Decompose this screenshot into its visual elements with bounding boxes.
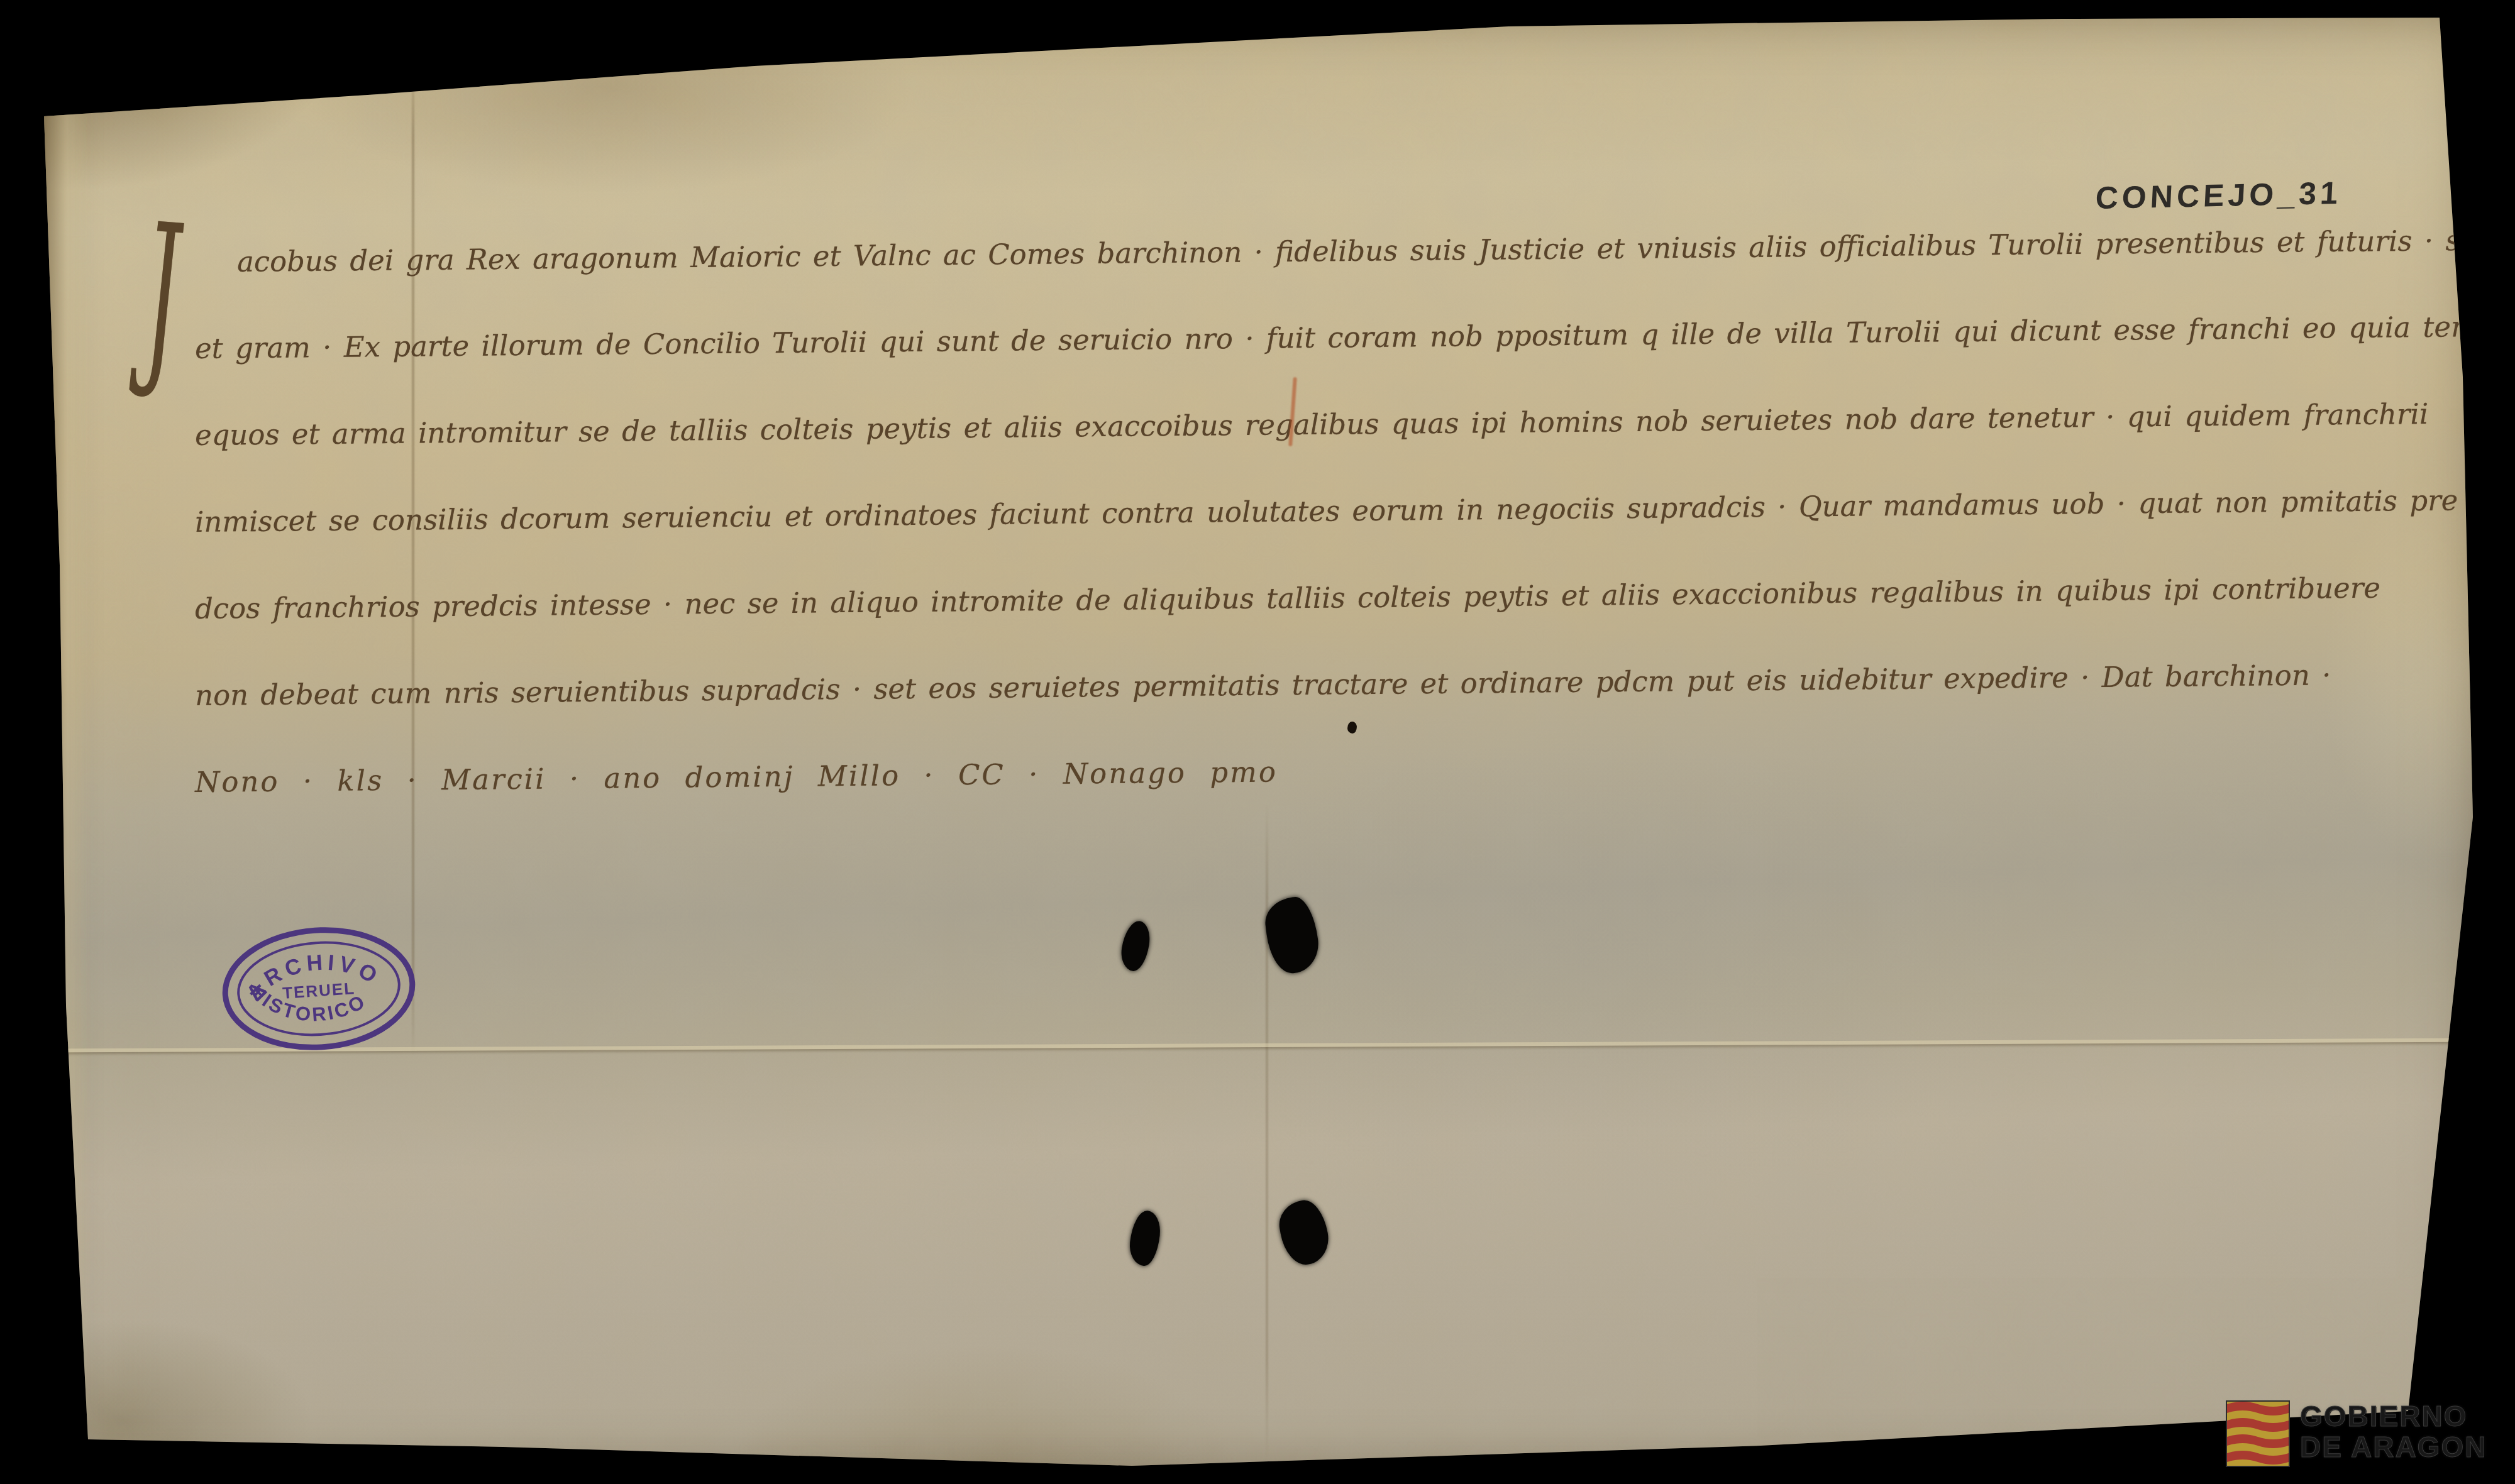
archive-reference-annotation: CONCEJO_31 bbox=[2094, 175, 2342, 216]
parchment-document: J acobus dei gra Rex aragonum Maioric et… bbox=[41, 13, 2477, 1472]
manuscript-line: non debeat cum nris seruientibus supradc… bbox=[195, 658, 2331, 712]
aragon-flag-icon bbox=[2226, 1400, 2290, 1467]
gobierno-de-aragon-watermark: GOBIERNO DE ARAGON bbox=[2226, 1400, 2491, 1467]
manuscript-line: inmiscet se consiliis dcorum seruienciu … bbox=[195, 483, 2458, 539]
left-edge-curl bbox=[41, 107, 97, 1452]
manuscript-line: equos et arma intromitur se de talliis c… bbox=[195, 397, 2429, 452]
watermark-text: GOBIERNO DE ARAGON bbox=[2300, 1400, 2491, 1462]
horizontal-fold-crease bbox=[66, 1038, 2462, 1053]
parchment-hole bbox=[1128, 1209, 1163, 1267]
parchment-hole bbox=[1276, 1197, 1333, 1268]
manuscript-dateline: Nono · kls · Marcii · ano dominj Millo ·… bbox=[195, 755, 1278, 799]
ink-blot bbox=[1347, 722, 1357, 734]
illuminated-initial: J bbox=[143, 199, 180, 390]
archive-stamp: ARCHIVO TERUEL HISTORICO bbox=[214, 918, 423, 1059]
parchment-hole bbox=[1119, 919, 1152, 973]
vertical-fold-crease-left bbox=[412, 57, 414, 1056]
manuscript-line: acobus dei gra Rex aragonum Maioric et V… bbox=[237, 223, 2515, 278]
photo-background: J acobus dei gra Rex aragonum Maioric et… bbox=[0, 0, 2515, 1484]
watermark-line-2: DE ARAGON bbox=[2300, 1431, 2487, 1462]
parchment-hole bbox=[1263, 895, 1322, 976]
watermark-line-1: GOBIERNO bbox=[2300, 1400, 2487, 1431]
manuscript-line: dcos franchrios predcis intesse · nec se… bbox=[195, 571, 2380, 625]
vertical-fold-crease-center bbox=[1266, 805, 1268, 1458]
manuscript-line: et gram · Ex parte illorum de Concilio T… bbox=[195, 310, 2515, 365]
